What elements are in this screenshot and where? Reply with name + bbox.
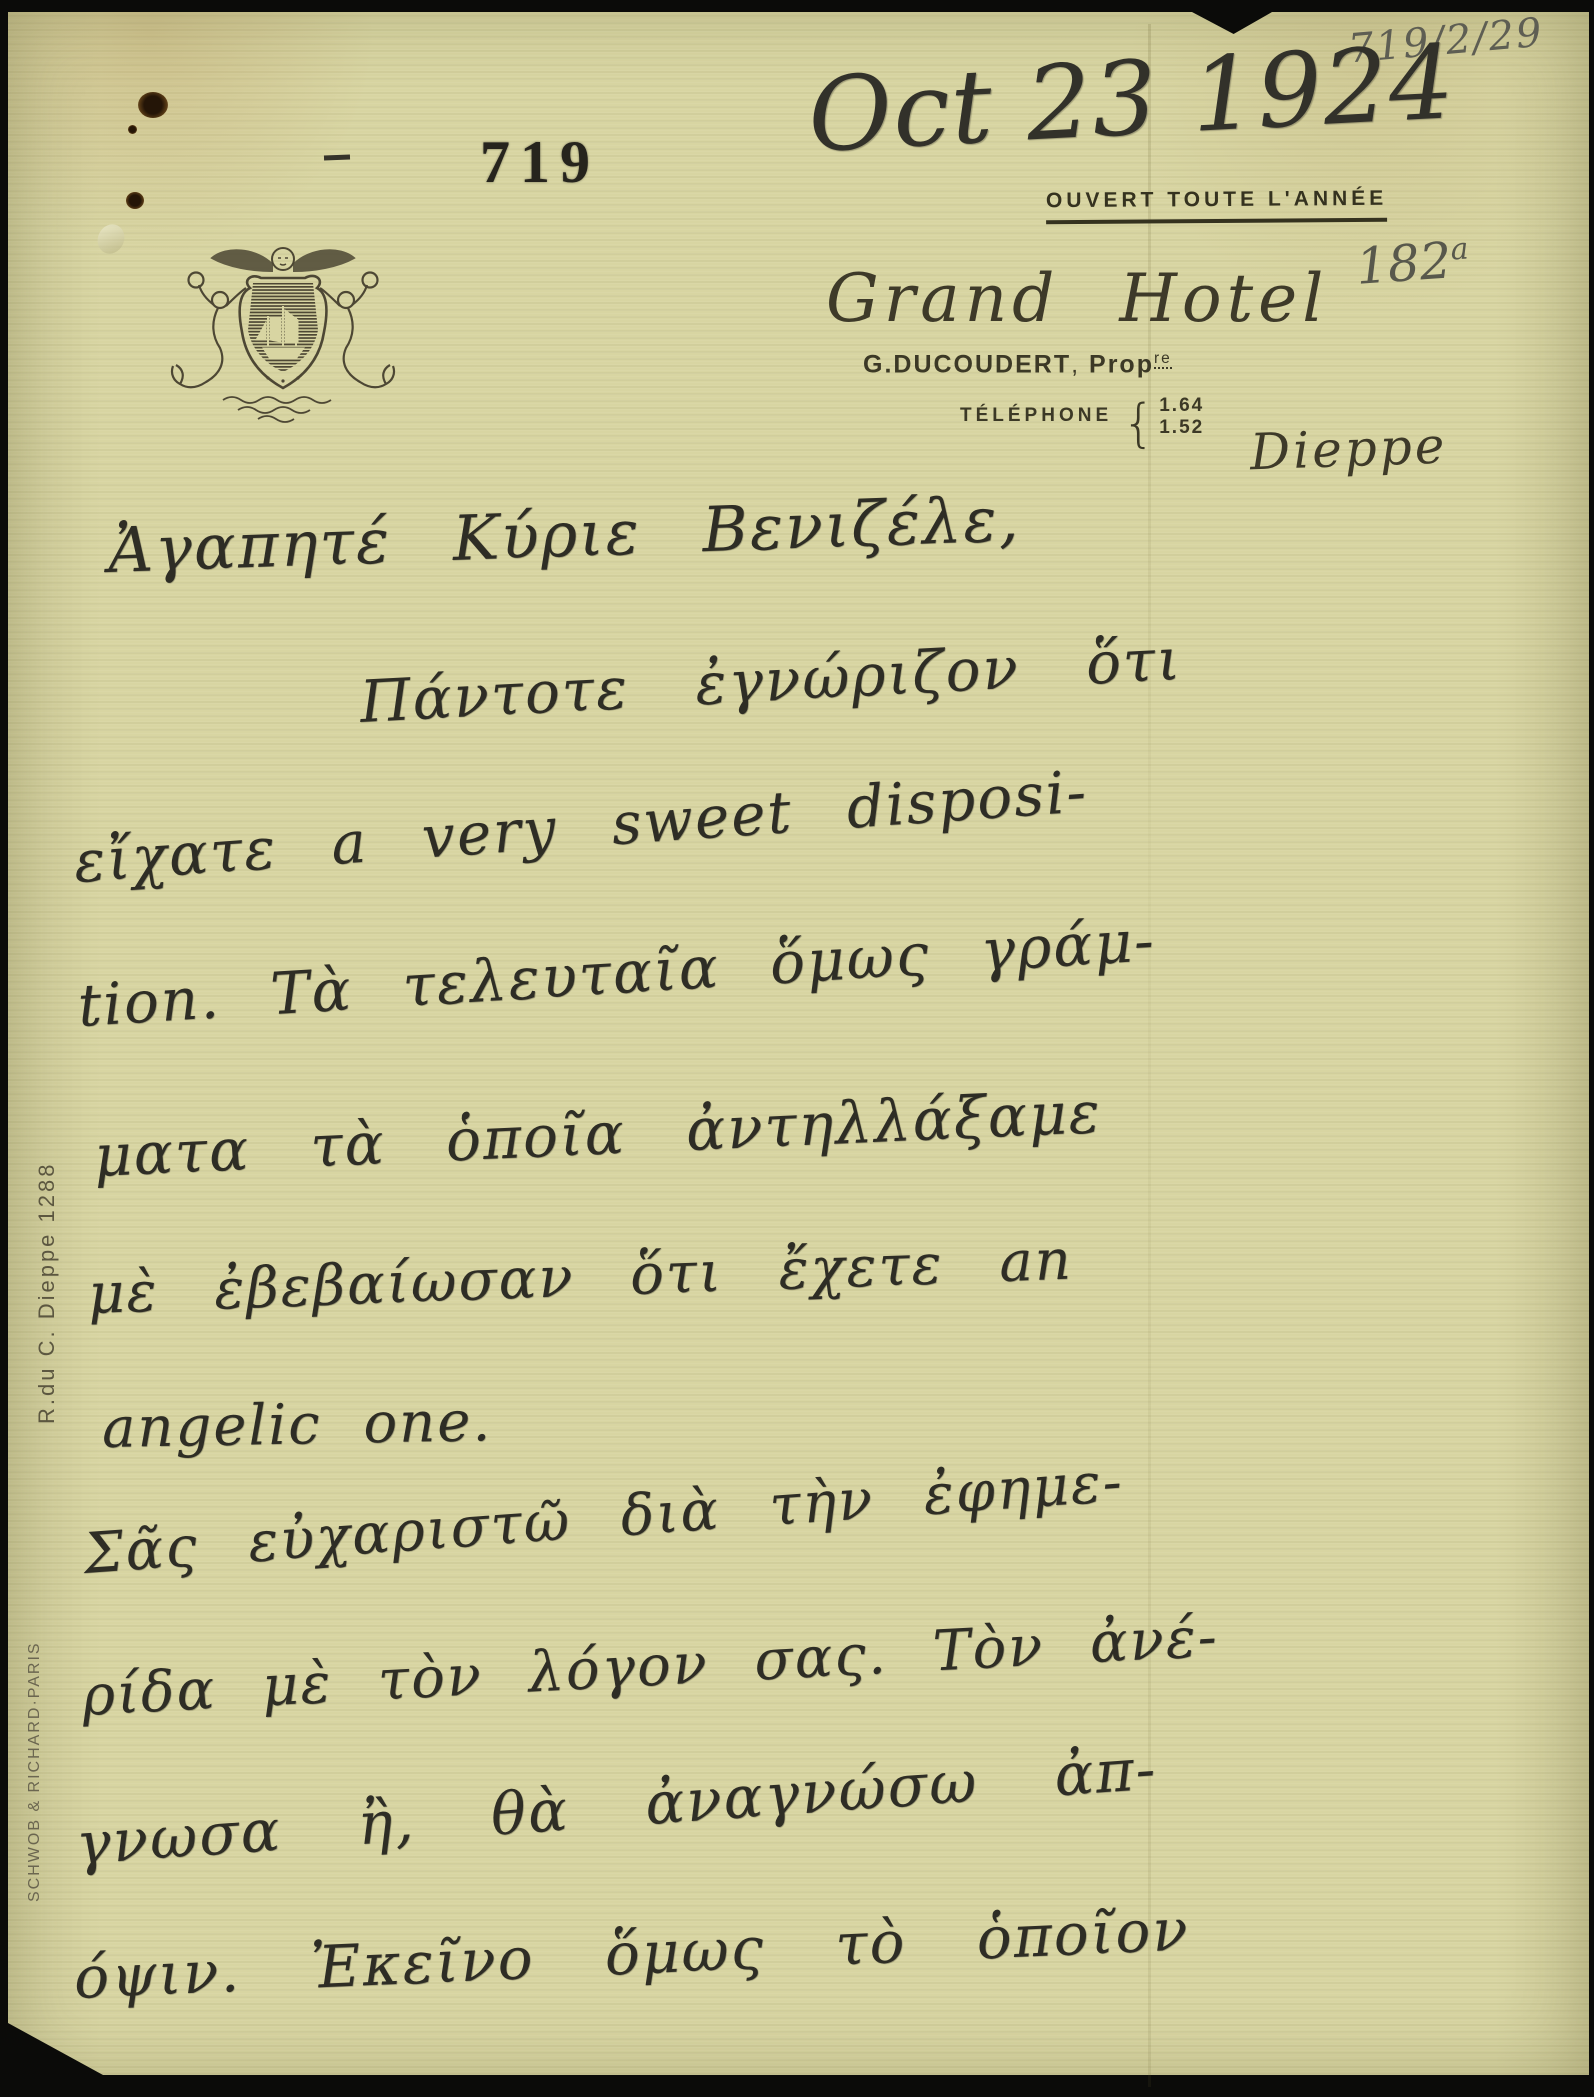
letter-line: angelic one. [101, 1389, 492, 1461]
pencil-folio-main: 182 [1354, 231, 1453, 296]
mermaid-left-icon [172, 273, 246, 388]
printer-mark-upper: R.du C. Dieppe 1288 [34, 1084, 60, 1424]
mermaid-right-icon [320, 273, 394, 388]
folio-number-stamp: 719 [480, 128, 600, 197]
pencil-folio-suffix: a [1449, 231, 1469, 267]
telephone-number-1: 1.64 [1159, 395, 1204, 416]
printer-mark-lower: SCHWOB & RICHARD·PARIS [26, 1572, 44, 1902]
letter-line: ματα τὰ ὁποῖα ἀντηλλάξαμε [93, 1078, 1103, 1190]
telephone-brace-icon: { [1112, 394, 1159, 454]
letter-line: ρίδα μὲ τὸν λόγον σας. Τὸν ἀνέ- [80, 1604, 1220, 1728]
letter-paper: 719/2/29 Oct 23 1924 719 182a OUVERT TOU… [8, 12, 1589, 2075]
telephone-numbers: 1.641.52 [1159, 395, 1204, 439]
dash-mark [324, 155, 350, 161]
letter-line: μὲ ἐβεβαίωσαν ὅτι ἔχετε an [87, 1228, 1074, 1327]
letter-line: tion. Τὰ τελευταῖα ὅμως γράμ- [76, 906, 1157, 1040]
letter-line: γνωσα ἢ, θὰ ἀναγνώσω ἀπ- [74, 1734, 1160, 1877]
burn-hole [128, 125, 137, 134]
letter-line: όψιν. Ἐκεῖνο ὅμως τὸ ὁποῖον [73, 1895, 1191, 2012]
proprietor-title: Prop [1089, 350, 1154, 378]
letter-line: Πάντοτε ἐγνώριζον ὅτι [358, 625, 1183, 736]
burn-hole [126, 192, 144, 209]
dieppe-coat-of-arms-emblem [168, 238, 398, 430]
proprietor-name: G.DUCOUDERT [863, 350, 1071, 378]
burn-hole [138, 92, 168, 118]
proprietor-separator: , [1071, 350, 1089, 378]
telephone-number-2: 1.52 [1159, 417, 1204, 438]
proprietor-line: G.DUCOUDERT, Propre [863, 350, 1172, 379]
handwritten-date: Oct 23 1924 [805, 23, 1457, 176]
letter-line: Ἀγαπητέ Κύριε Βενιζέλε, [107, 482, 1022, 587]
paper-crease [93, 220, 129, 258]
city-name: Dieppe [1249, 417, 1448, 482]
scanned-letter-page: 719/2/29 Oct 23 1924 719 182a OUVERT TOU… [0, 0, 1594, 2097]
proprietor-title-superscript: re [1154, 350, 1172, 369]
telephone-label: TÉLÉPHONE [960, 405, 1112, 426]
shield-icon [240, 276, 327, 388]
telephone-line: TÉLÉPHONE{1.641.52 [960, 394, 1204, 454]
open-all-year-note: OUVERT TOUTE L'ANNÉE [1046, 187, 1388, 224]
water-waves-icon [223, 397, 331, 422]
pencil-folio-number: 182a [1354, 230, 1471, 296]
letter-line: εἴχατε a very sweet disposi- [72, 757, 1090, 896]
hotel-name: Grand Hotel [826, 260, 1328, 337]
winged-head-icon [212, 248, 354, 271]
letter-line: Σᾶς εὐχαριστῶ διὰ τὴν ἐφημε- [82, 1449, 1126, 1587]
